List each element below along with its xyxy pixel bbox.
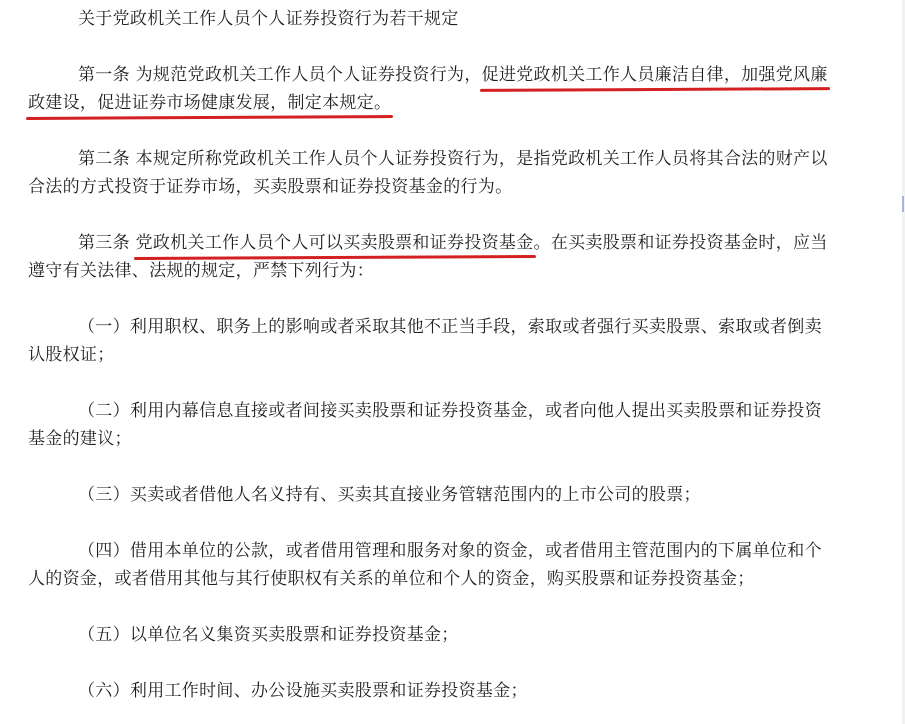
item-4-line-1: （四）借用本单位的公款，或者借用管理和服务对象的资金，或者借用主管范围内的下属单… — [78, 540, 822, 562]
item-2-line-2: 基金的建议； — [28, 428, 132, 450]
article-label: 第一条 — [78, 65, 130, 85]
article-text: 。在买卖股票和证券投资基金时，应当 — [534, 233, 828, 253]
highlighted-text: 促进党政机关工作人员廉洁自律，加强党风廉 — [482, 65, 828, 85]
item-5-line-1: （五）以单位名义集资买卖股票和证券投资基金； — [78, 624, 459, 646]
highlighted-text: 党政机关工作人员个人可以买卖股票和证券投资基金 — [136, 233, 534, 253]
document-title: 关于党政机关工作人员个人证券投资行为若干规定 — [78, 8, 459, 30]
item-2-line-1: （二）利用内幕信息直接或者间接买卖股票和证券投资基金，或者向他人提出买卖股票和证… — [78, 400, 822, 422]
article-1-line-2: 政建设，促进证券市场健康发展，制定本规定。 — [28, 92, 391, 114]
item-4-line-2: 人的资金，或者借用其他与其行使职权有关系的单位和个人的资金，购买股票和证券投资基… — [28, 568, 755, 590]
highlighted-text: 政建设，促进证券市场健康发展，制定本规定。 — [28, 93, 391, 113]
article-label: 第三条 — [78, 233, 130, 253]
item-3-line-1: （三）买卖或者借他人名义持有、买卖其直接业务管辖范围内的上市公司的股票； — [78, 484, 701, 506]
article-text: 为规范党政机关工作人员个人证券投资行为， — [136, 65, 482, 85]
article-1-line-1: 第一条 为规范党政机关工作人员个人证券投资行为，促进党政机关工作人员廉洁自律，加… — [78, 64, 828, 86]
item-1-line-2: 认股权证； — [28, 344, 115, 366]
article-2-line-1: 第二条 本规定所称党政机关工作人员个人证券投资行为，是指党政机关工作人员将其合法… — [78, 148, 828, 170]
article-3-line-2: 遵守有关法律、法规的规定，严禁下列行为： — [28, 260, 374, 282]
article-2-line-2: 合法的方式投资于证券市场，买卖股票和证券投资基金的行为。 — [28, 176, 512, 198]
article-label: 第二条 — [78, 149, 130, 169]
article-3-line-1: 第三条 党政机关工作人员个人可以买卖股票和证券投资基金。在买卖股票和证券投资基金… — [78, 232, 828, 254]
item-6-line-1: （六）利用工作时间、办公设施买卖股票和证券投资基金； — [78, 680, 528, 702]
article-text: 本规定所称党政机关工作人员个人证券投资行为，是指党政机关工作人员将其合法的财产以 — [136, 149, 828, 169]
scroll-marker — [902, 196, 904, 212]
item-1-line-1: （一）利用职权、职务上的影响或者采取其他不正当手段，索取或者强行买卖股票、索取或… — [78, 316, 822, 338]
